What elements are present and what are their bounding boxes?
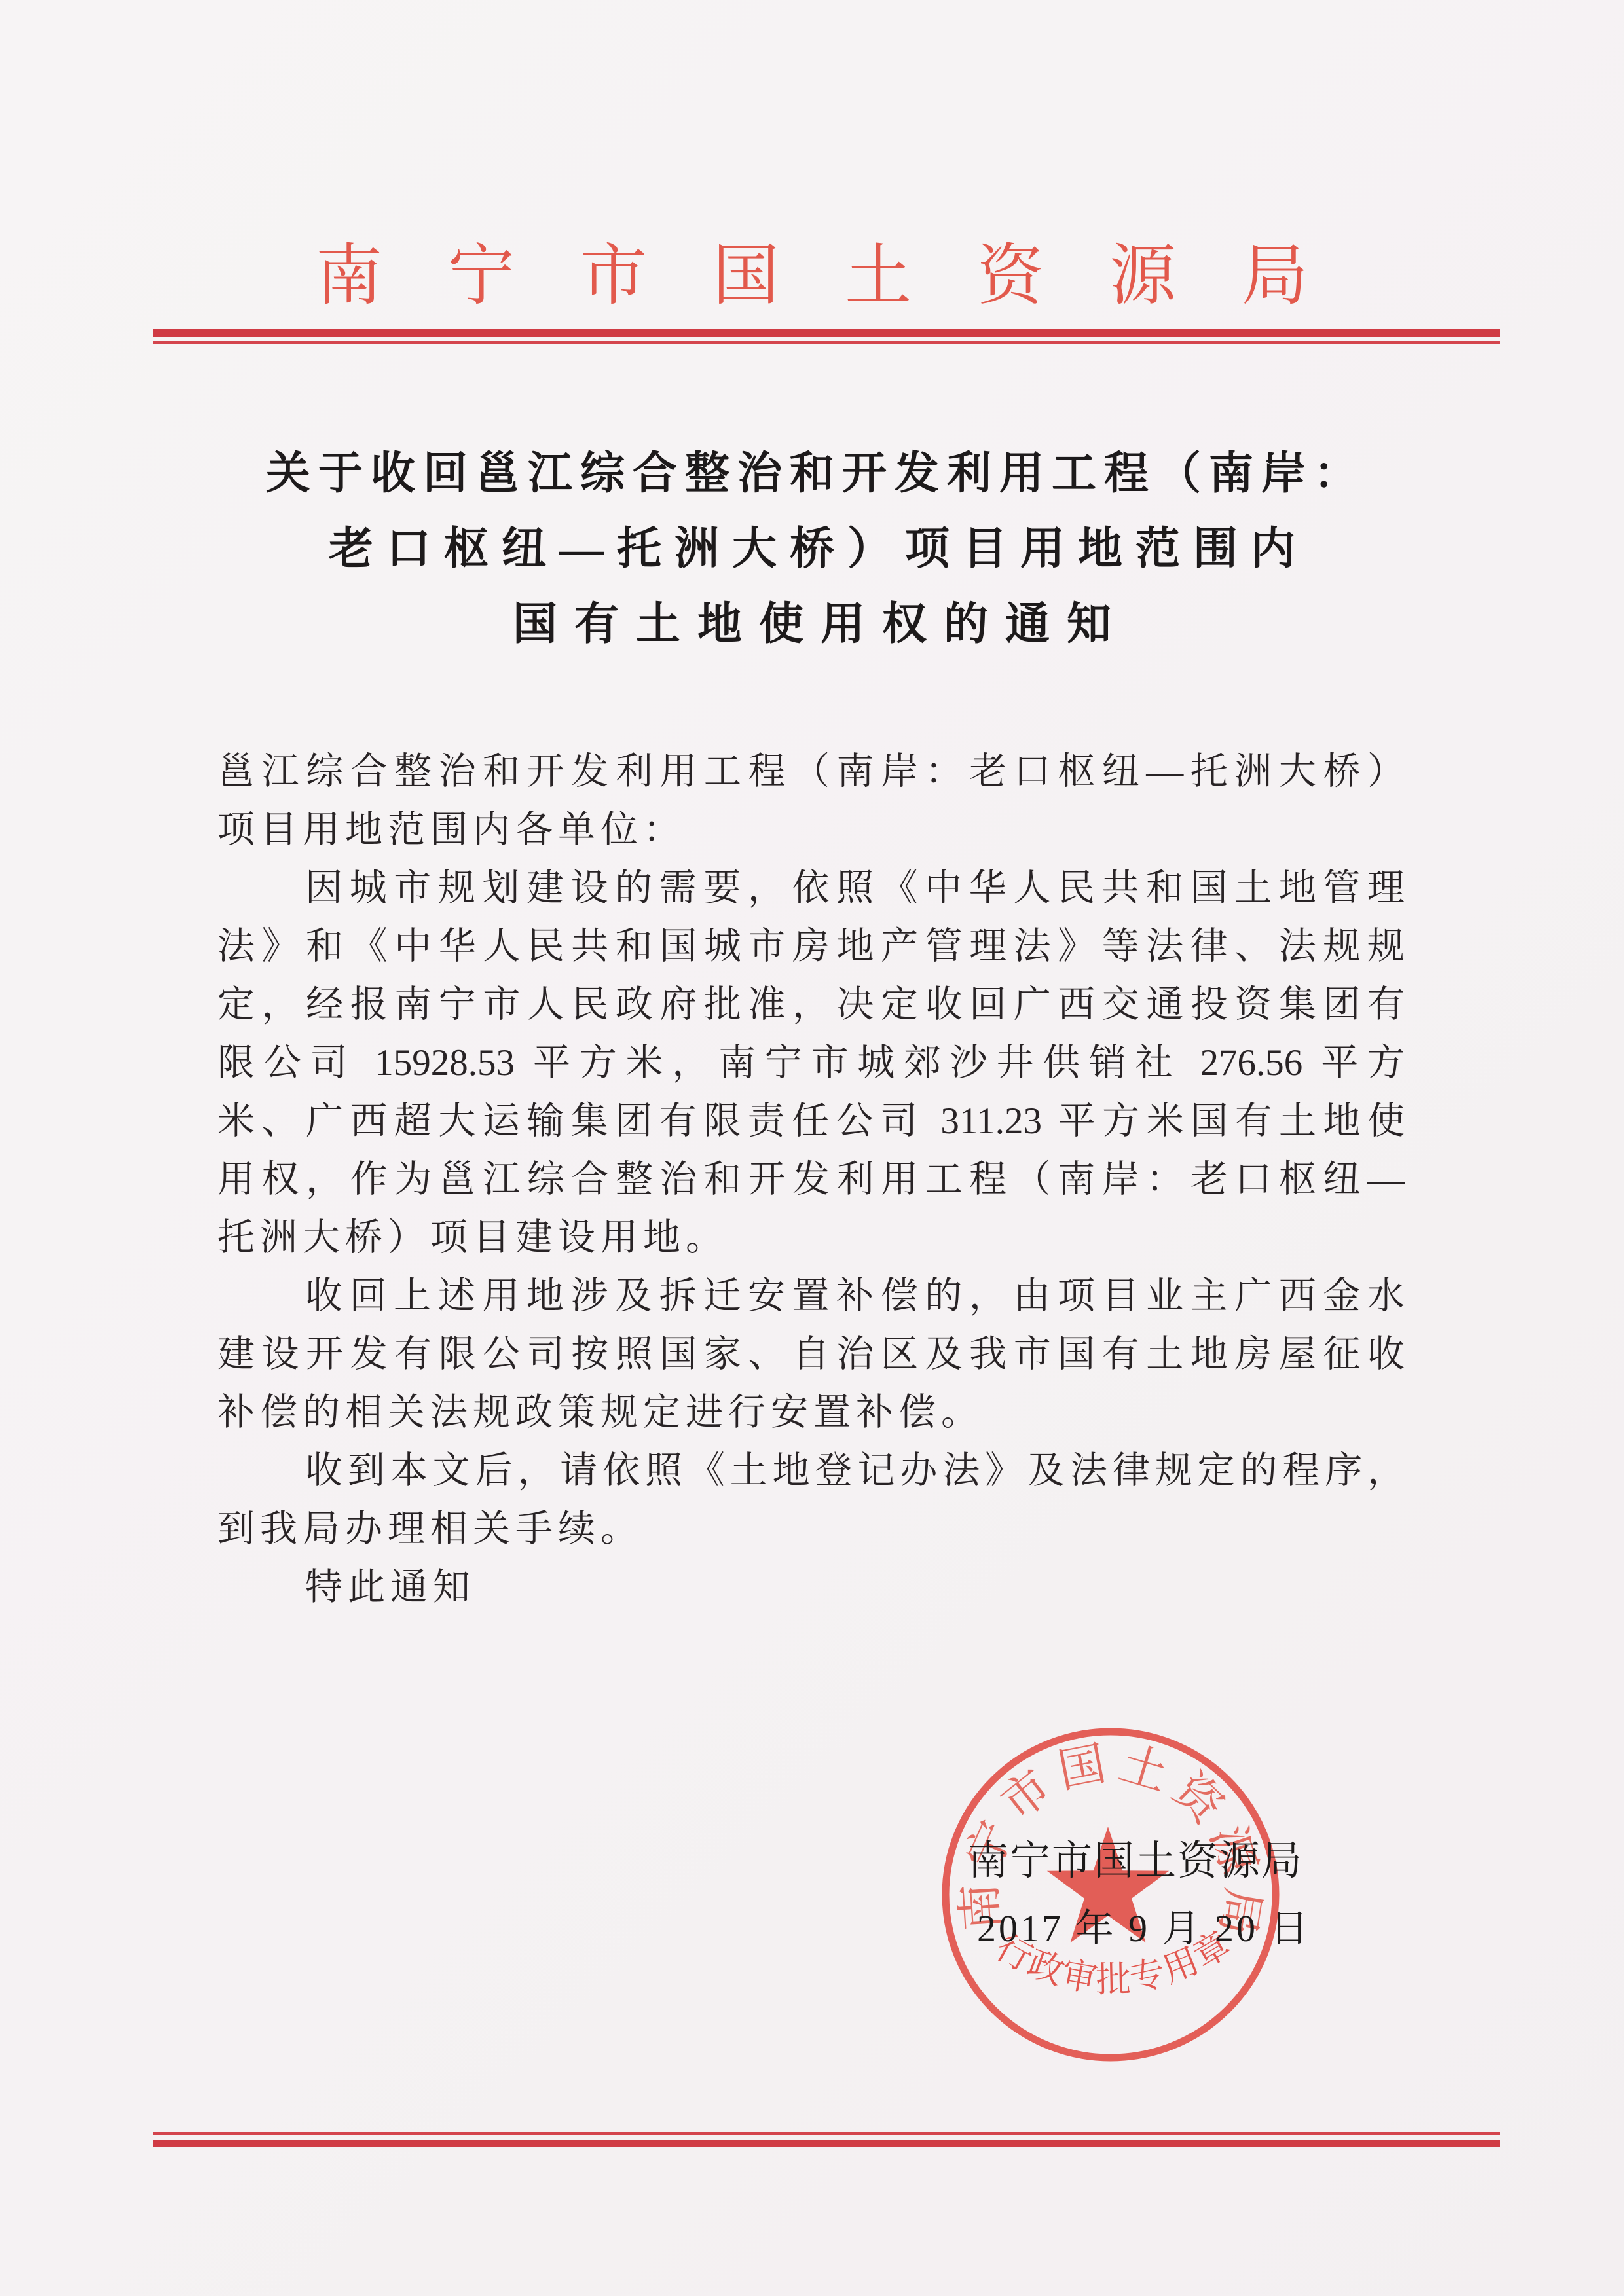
footer-rule-thin xyxy=(153,2132,1500,2135)
body-line: 法》和《中华人民共和国城市房地产管理法》等法律、法规规 xyxy=(217,917,1405,975)
body-line: 限公司 15928.53 平方米，南宁市城郊沙井供销社 276.56 平方 xyxy=(217,1034,1405,1092)
body-line: 到我局办理相关手续。 xyxy=(217,1500,1405,1558)
document-title-line-2: 老口枢纽—托洲大桥）项目用地范围内 xyxy=(0,511,1624,587)
body-line: 建设开发有限公司按照国家、自治区及我市国有土地房屋征收 xyxy=(217,1325,1405,1383)
body-line: 收到本文后，请依照《土地登记办法》及法律规定的程序， xyxy=(217,1442,1405,1500)
letterhead-agency-name: 南宁市国土资源局 xyxy=(0,223,1624,318)
signature-date: 2017 年 9 月 20 日 xyxy=(977,1897,1311,1952)
document-title-line-1: 关于收回邕江综合整治和开发利用工程（南岸： xyxy=(0,436,1624,511)
footer-rule-thick xyxy=(153,2140,1500,2147)
body-line: 因城市规划建设的需要，依照《中华人民共和国土地管理 xyxy=(217,859,1405,917)
body-line: 定，经报南宁市人民政府批准，决定收回广西交通投资集团有 xyxy=(217,975,1405,1034)
body-line: 收回上述用地涉及拆迁安置补偿的，由项目业主广西金水 xyxy=(217,1267,1405,1325)
body-line: 特此通知 xyxy=(217,1558,1405,1616)
document-body: 邕江综合整治和开发利用工程（南岸：老口枢纽—托洲大桥） 项目用地范围内各单位： … xyxy=(217,742,1405,1616)
scanned-document-page: 南宁市国土资源局 关于收回邕江综合整治和开发利用工程（南岸： 老口枢纽—托洲大桥… xyxy=(0,0,1624,2296)
official-seal: 南宁市国土资源局 行政审批专用章 xyxy=(930,1709,1297,2075)
body-line: 用权，作为邕江综合整治和开发利用工程（南岸：老口枢纽— xyxy=(217,1150,1405,1209)
signature-agency: 南宁市国土资源局 xyxy=(968,1828,1303,1886)
body-line: 补偿的相关法规政策规定进行安置补偿。 xyxy=(217,1383,1405,1442)
document-title: 关于收回邕江综合整治和开发利用工程（南岸： 老口枢纽—托洲大桥）项目用地范围内 … xyxy=(0,436,1624,662)
body-line: 项目用地范围内各单位： xyxy=(217,801,1405,859)
body-line: 米、广西超大运输集团有限责任公司 311.23 平方米国有土地使 xyxy=(217,1092,1405,1150)
body-line: 邕江综合整治和开发利用工程（南岸：老口枢纽—托洲大桥） xyxy=(217,742,1405,801)
body-line: 托洲大桥）项目建设用地。 xyxy=(217,1209,1405,1267)
document-title-line-3: 国有土地使用权的通知 xyxy=(0,587,1624,662)
letterhead-rule-thick xyxy=(153,329,1500,337)
letterhead-rule-thin xyxy=(153,341,1500,344)
